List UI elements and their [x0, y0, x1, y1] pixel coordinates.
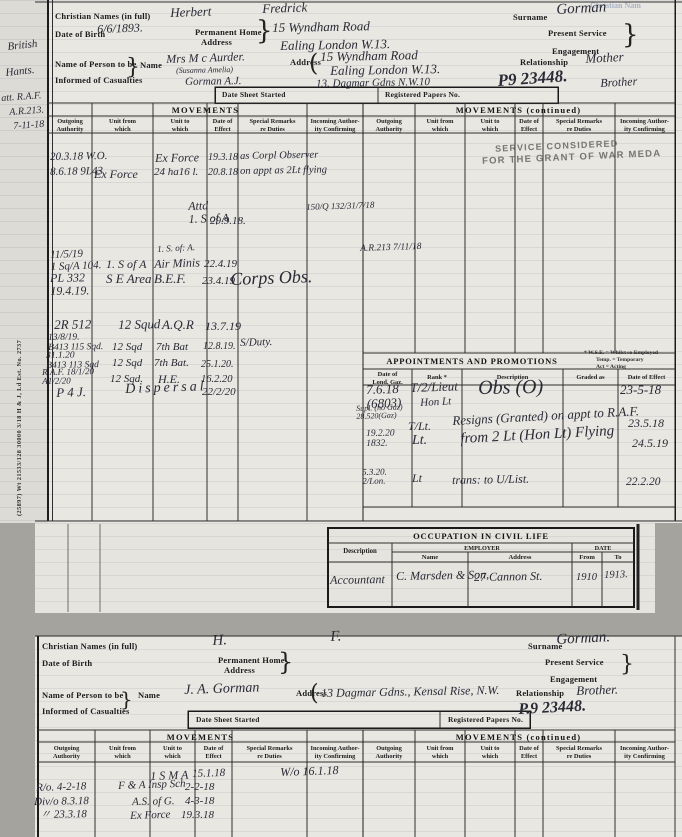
hw-occ-to: 1913.: [604, 569, 628, 581]
brace2-present-service: }: [620, 655, 634, 675]
label-nok-line1: Name of Person to be: [55, 59, 136, 69]
hw2-mov-r3-date: 4-3-18: [185, 796, 214, 808]
hw2-surname: Gorman.: [556, 630, 611, 649]
col-date-of-effect: Date of Effect: [207, 118, 238, 135]
c2-col-incoming-2: Incoming Author- ity Confirming: [615, 745, 674, 762]
hw-date-of-birth: 6/6/1893.: [97, 21, 143, 35]
hw-mov-r1-date: 19.3.18: [208, 153, 238, 164]
hw-mov-r5-outgoing: 11/5/19 1 Sq/A 104.: [50, 248, 102, 273]
hw2-mov-r1-date: 15.1.18: [192, 768, 225, 781]
hw-mov-r8-date: 12.8.19.: [203, 342, 236, 353]
hw-mov-r9-unit-to: 7th Bat.: [154, 358, 189, 370]
hw-mov-r6-unit-from: S E Area: [106, 272, 152, 286]
hw-appt-r1-description: Obs (O): [478, 377, 543, 399]
hw-nok-name: Mrs M c Aurder.: [166, 50, 245, 65]
label-date-sheet-started: Date Sheet Started: [222, 90, 286, 99]
hw-mov-r2-unit-from: Ex Force: [94, 168, 138, 181]
form-print-code: (25897) Wt 21533/128 30000 3/18 H & J, L…: [16, 340, 23, 516]
hw-appt-r2-effect: 23.5.18: [628, 417, 664, 430]
hw-appt-r1-rank: T/2/Lieut: [410, 379, 458, 394]
brace2-nok: }: [120, 690, 133, 708]
hw2-mov-r2-unit-to: F & A Insp Sch: [118, 779, 186, 793]
col-unit-from: Unit from which: [92, 118, 153, 135]
hw2-christian-1: H.: [212, 633, 227, 649]
appointments-note-wse: * W.S.E. = Whilst so Employed: [584, 350, 658, 356]
label2-present-service: Present Service: [545, 657, 604, 667]
appointments-note-act: Act = Acting: [596, 364, 626, 370]
hw-mov-r5-unit-to: Air Minis: [154, 256, 200, 270]
hw-mov-r8-remarks: S/Duty.: [240, 337, 272, 350]
hw-appt-r3-effect: 24.5.19: [632, 437, 668, 450]
hw-relationship-mother: Mother: [585, 50, 624, 66]
label-permanent-home-address: Address: [201, 37, 232, 47]
hw-nok-name-sub: (Susanna Amelia): [176, 66, 233, 75]
appointments-note-temp: Temp. = Temporary: [596, 357, 644, 363]
hw-mov-r1-remarks: as Corpl Observer: [240, 150, 318, 162]
col-graded-as: Graded as: [563, 374, 618, 382]
hw-mov-r11-dispersal: Dispersal: [125, 380, 207, 398]
hw-mov-r6-outgoing: PL 332 19.4.19.: [50, 271, 89, 297]
hw-occ-description: Accountant: [330, 573, 385, 587]
hw-nok-address-3: 13. Dagmar Gdns N.W.10: [316, 77, 430, 91]
hw-mov-r7-unit-to: A.Q.R: [162, 318, 194, 332]
hw-mov-r8-unit-from: 12 Sqd: [112, 342, 142, 354]
hw-appt-r4-gazette: 5.3.20. 2/Lon.: [362, 468, 387, 487]
label-nok-name: Name: [140, 60, 162, 70]
label2-nok-line2: Informed of Casualties: [42, 706, 130, 716]
hw-mov-r2-remarks: on appt as 2Lt flying: [240, 164, 327, 177]
label-present-service: Present Service: [548, 28, 607, 38]
hw-mov-r6-unit-to: B.E.F.: [154, 272, 186, 286]
col-date-of-effect-2: Date of Effect: [515, 118, 543, 135]
occ-col-from: From: [572, 554, 602, 563]
hw-mov-r3-date: 29.9.18.: [210, 216, 246, 228]
hw-mov-r1-outgoing: 20.3.18 W.O.: [50, 151, 108, 164]
occ-col-date: DATE: [572, 545, 634, 553]
label-christian-names: Christian Names (in full): [55, 11, 150, 21]
occupation-title: OCCUPATION IN CIVIL LIFE: [328, 531, 634, 541]
col-unit-to-2: Unit to which: [465, 118, 515, 135]
hw-home-address-1: 15 Wyndham Road: [272, 19, 370, 34]
occ-col-to: To: [602, 554, 634, 563]
hw-mov-r9-unit-from: 12 Sqd: [112, 358, 142, 370]
hw2-mov-r4-date: 19.3.18: [181, 810, 214, 822]
col-outgoing-authority: Outgoing Authority: [48, 118, 92, 135]
c2-col-incoming: Incoming Author- ity Confirming: [307, 745, 363, 762]
label-registered-papers: Registered Papers No.: [385, 90, 460, 99]
hw-occ-employer-address: 27 Cannon St.: [474, 570, 543, 584]
hw-mov-r9-date: 25.1.20.: [201, 360, 234, 371]
movements-title-2: MOVEMENTS: [38, 732, 363, 742]
hw-appt-r4-effect: 22.2.20: [626, 476, 661, 488]
hw2-relationship: Brother.: [576, 683, 618, 698]
label2-registered-papers: Registered Papers No.: [448, 715, 523, 724]
movements-title: MOVEMENTS: [48, 105, 363, 115]
label2-permanent-home: Permanent Home: [218, 655, 285, 665]
col-special-remarks: Special Remarks re Duties: [238, 118, 307, 135]
c2-col-outgoing-2: Outgoing Authority: [363, 745, 415, 762]
col-incoming-authority: Incoming Author- ity Confirming: [307, 118, 363, 135]
hw-mov-r7-unit-from: 12 Squd: [118, 317, 160, 331]
hw-mov-r6-remarks-corps-obs: Corps Obs.: [230, 267, 313, 289]
hw-appt-r2-rank: T/Lt.: [408, 420, 431, 433]
hw2-mov-r4-outgoing: 〃 23.3.18: [40, 809, 87, 821]
col-outgoing-authority-2: Outgoing Authority: [363, 118, 415, 135]
hw2-mov-r2-date: 2-2-18: [185, 782, 214, 794]
label2-nok-line1: Name of Person to be: [42, 690, 123, 700]
hw-surname: Gorman: [556, 0, 607, 18]
label-surname: Surname: [513, 12, 547, 22]
label2-nok-name: Name: [138, 690, 160, 700]
hw-mov-r7-date: 13.7.19: [205, 320, 241, 333]
hw2-mov-r3-outgoing: Div/o 8.3.18: [34, 796, 89, 808]
hw-relationship-brother: Brother: [600, 75, 637, 90]
c2-col-unit-to: Unit to which: [150, 745, 195, 762]
hw-christian-name-2: Fredrick: [262, 0, 307, 15]
hw-mov-r11-date: 22/2/20: [202, 387, 236, 399]
movements-continued-title-2: MOVEMENTS (continued): [363, 732, 674, 742]
hw-mov-r1-unit-to: Ex Force: [155, 151, 199, 164]
hw2-mov-r1-incoming: W/o 16.1.18: [280, 764, 339, 779]
col-special-remarks-2: Special Remarks re Duties: [543, 118, 615, 135]
hw2-christian-2: F.: [330, 629, 342, 645]
hw2-nok-address: 13 Dagmar Gdns., Kensal Rise, N.W.: [321, 684, 499, 700]
hw2-registered-papers-no: P.9 23448.: [518, 698, 587, 718]
appointments-title: APPOINTMENTS AND PROMOTIONS: [363, 356, 581, 366]
label2-relationship: Relationship: [516, 688, 564, 698]
label-permanent-home: Permanent Home: [195, 27, 262, 37]
hw-mov-r5-unit-from: 1. S of A: [106, 258, 146, 271]
hw-note-ar213: A.R.213 7/11/18: [360, 243, 422, 255]
hw-appt-r2-gazette: Supl. (no Gaz) 28.520(Gaz): [356, 403, 403, 421]
hw-nok-name-2: Gorman A.J.: [185, 76, 242, 89]
col-incoming-authority-2: Incoming Author- ity Confirming: [615, 118, 674, 135]
hw-occ-from: 1910: [576, 572, 597, 583]
hw2-nok-name: J. A. Gorman: [184, 681, 260, 698]
scanned-service-record: Christian Nam British Hants. att. R.A.F.…: [0, 0, 682, 837]
occ-col-description: Description: [328, 548, 392, 557]
label2-date-sheet-started: Date Sheet Started: [196, 715, 260, 724]
hw-appt-r4-description: trans: to U/List.: [452, 473, 529, 487]
hw-note-school-of-aeronautics: 1. S. of: A.: [157, 243, 195, 254]
occ-col-name: Name: [392, 554, 468, 563]
hw-margin-date: 7-11-18: [13, 120, 45, 133]
hw-christian-name-1: Herbert: [170, 5, 212, 20]
c2-col-outgoing: Outgoing Authority: [38, 745, 95, 762]
brace-nok: }: [126, 58, 140, 78]
paren-nok-address: (: [309, 53, 318, 75]
movements-continued-title: MOVEMENTS (continued): [363, 105, 674, 115]
hw-appt-r1-rank-note: Hon Lt: [420, 396, 451, 409]
brace2-home-address: }: [278, 652, 293, 674]
occ-col-address: Address: [468, 554, 572, 563]
occ-col-employer: EMPLOYER: [392, 545, 572, 553]
hw-mov-r2-unit-to: 24 ha16 l.: [154, 167, 198, 179]
c2-col-date-2: Date of Effect: [515, 745, 543, 762]
c2-col-remarks: Special Remarks re Duties: [232, 745, 307, 762]
hw-appt-r4-rank: Lt: [412, 472, 422, 485]
hw-appt-r3-rank: Lt.: [412, 434, 427, 449]
c2-col-date: Date of Effect: [195, 745, 232, 762]
c2-col-remarks-2: Special Remarks re Duties: [543, 745, 615, 762]
col-unit-from-2: Unit from which: [415, 118, 465, 135]
c2-col-unit-from: Unit from which: [95, 745, 150, 762]
brace-home-address: }: [256, 20, 273, 43]
col-unit-to: Unit to which: [153, 118, 207, 135]
hw-mov-r8-unit-to: 7th Bat: [156, 342, 188, 354]
hw-mov-r7-outgoing: 2R 512: [54, 317, 91, 331]
hw2-mov-r2-outgoing: R/o. 4-2-18: [36, 781, 86, 794]
label2-christian-names: Christian Names (in full): [42, 641, 137, 651]
hw2-mov-r4-unit-to: Ex Force: [130, 810, 171, 823]
c2-col-unit-to-2: Unit to which: [465, 745, 515, 762]
c2-col-unit-from-2: Unit from which: [415, 745, 465, 762]
hw-appt-r1-effect: 23-5-18: [620, 383, 661, 397]
hw2-mov-r3-unit-to: A.S. of G.: [132, 796, 175, 808]
label2-permanent-home-address: Address: [224, 665, 255, 675]
hw-mov-r11-outgoing: P 4 J.: [56, 385, 86, 400]
hw-appt-r3-gazette: 19.2.20 1832.: [366, 430, 395, 450]
label2-date-of-birth: Date of Birth: [42, 658, 92, 668]
brace-present-service: }: [622, 24, 639, 47]
paren2-nok-address: (: [310, 684, 319, 704]
hw-mov-r2-date: 20.8.18: [208, 168, 238, 179]
